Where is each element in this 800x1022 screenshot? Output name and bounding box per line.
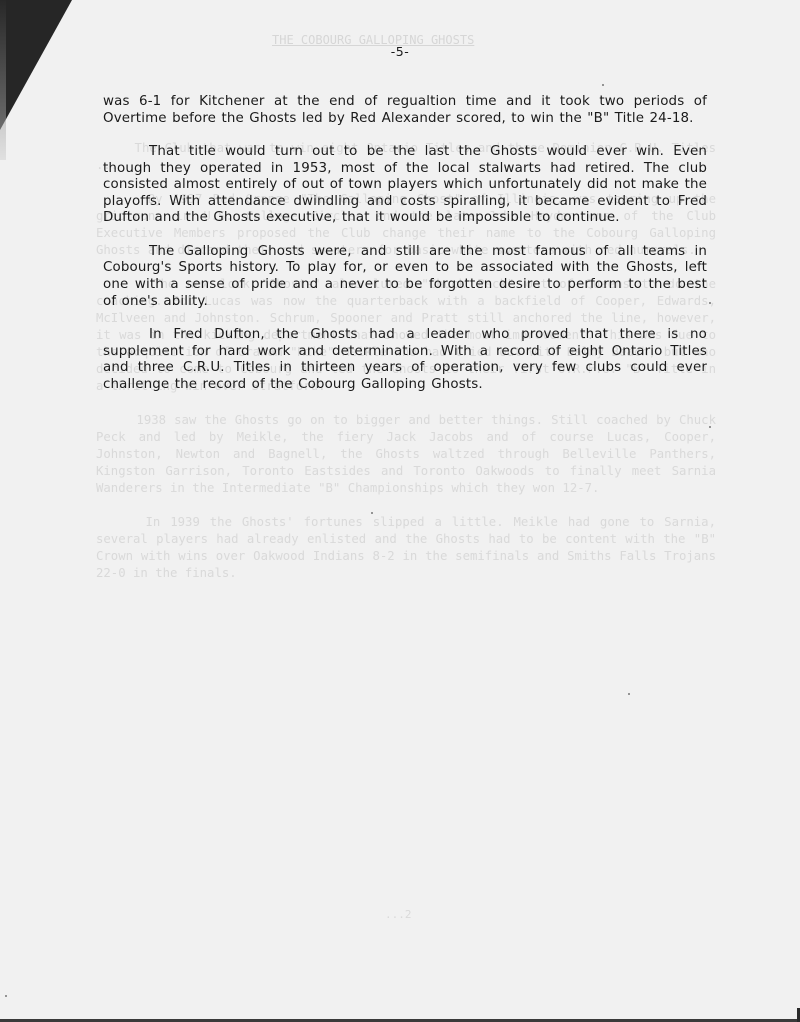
document-body: was 6-1 for Kitchener at the end of regu… — [103, 94, 707, 410]
scan-speck — [602, 84, 604, 86]
show-through-footer: ...2 — [385, 908, 412, 921]
scan-shadow-corner — [0, 0, 72, 130]
scan-speck — [709, 426, 711, 428]
paragraph-4: In Fred Dufton, the Ghosts had a leader … — [103, 327, 707, 393]
scan-speck — [5, 995, 7, 997]
scan-speck — [371, 512, 373, 514]
scanned-page: THE COBOURG GALLOPING GHOSTS The Club th… — [0, 0, 800, 1022]
scan-speck — [709, 302, 711, 304]
scan-speck — [628, 693, 630, 695]
paragraph-1: was 6-1 for Kitchener at the end of regu… — [103, 94, 707, 127]
scan-edge-strip — [0, 0, 6, 160]
page-number: -5- — [0, 44, 800, 59]
paragraph-3: The Galloping Ghosts were, and still are… — [103, 244, 707, 310]
paragraph-2: That title would turn out to be the last… — [103, 144, 707, 227]
